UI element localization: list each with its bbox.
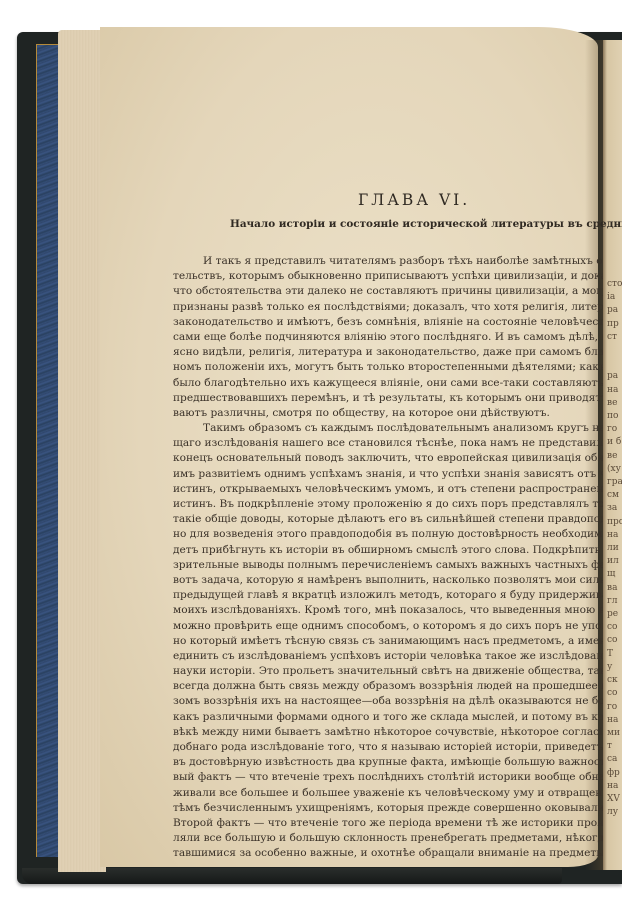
text-line: зомъ воззрѣнія ихъ на настоящее—оба возз…: [173, 694, 603, 709]
text-line: номъ положеніи ихъ, могутъ быть только в…: [173, 360, 603, 375]
text-line: единить съ изслѣдованіемъ успѣховъ истор…: [173, 649, 603, 664]
text-line: истинъ, открываемыхъ человѣческимъ умомъ…: [173, 482, 603, 497]
text-line: живали все большее и большее уваженіе къ…: [173, 786, 603, 801]
text-line: ваютъ различны, смотря по обществу, на к…: [173, 406, 603, 421]
text-line: вый фактъ — что втеченіе трехъ послѣдних…: [173, 770, 603, 785]
text-line: ляли все большую и большую склонность пр…: [173, 831, 603, 846]
text-line: предшествовавшихъ перемѣнъ, и тѣ результ…: [173, 391, 603, 406]
text-line: вотъ задача, которую я намѣренъ выполнит…: [173, 573, 603, 588]
text-line: законодательство и имѣютъ, безъ сомнѣнія…: [173, 315, 603, 330]
text-line: въ достовѣрную извѣстность два крупные ф…: [173, 755, 603, 770]
text-line: какъ различными формами одного и того же…: [173, 710, 603, 725]
page-edges-stack: [58, 30, 106, 872]
chapter-subtitle: Начало исторіи и состояніе исторической …: [230, 218, 622, 230]
text-line: можно провѣрить еще однимъ способомъ, о …: [173, 619, 603, 634]
text-line: имъ развитіемъ однимъ успѣхамъ знанія, и…: [173, 467, 603, 482]
text-line: истинъ. Въ подкрѣпленіе этому проложенію…: [173, 497, 603, 512]
text-line: такіе общіе доводы, которые дѣлаютъ его …: [173, 512, 603, 527]
chapter-title: ГЛАВА VI.: [358, 191, 470, 209]
text-line: науки исторіи. Это прольетъ значительный…: [173, 664, 603, 679]
text-line: добнаго рода изслѣдованіе того, что я на…: [173, 740, 603, 755]
facing-page-text-fragment: сто іа ра пр ст ра на ве по го и б ве (х…: [603, 40, 622, 819]
text-line: зрительные выводы полнымъ перечисленіемъ…: [173, 558, 603, 573]
text-line: тельствъ, которымъ обыкновенно приписыва…: [173, 269, 603, 284]
text-line: конецъ основательный поводъ заключить, ч…: [173, 451, 603, 466]
text-line: тѣмъ безчисленнымъ ухищреніямъ, которыя …: [173, 801, 603, 816]
text-line: моихъ изслѣдованіяхъ. Кромѣ того, мнѣ по…: [173, 603, 603, 618]
text-line: тавшимися за особенно важные, и охотнѣе …: [173, 846, 603, 861]
facing-page-edge: сто іа ра пр ст ра на ве по го и б ве (х…: [603, 40, 622, 870]
text-line: но который имѣетъ тѣсную связь съ занима…: [173, 634, 603, 649]
text-line: Такимъ образомъ съ каждымъ послѣдователь…: [173, 421, 603, 436]
text-line: что обстоятельства эти далеко не составл…: [173, 284, 603, 299]
text-line: И такъ я представилъ читателямъ разборъ …: [173, 254, 603, 269]
text-line: признаны развѣ только ея послѣдствіями; …: [173, 300, 603, 315]
text-line: Второй фактъ — что втеченіе того же пері…: [173, 816, 603, 831]
text-line: детъ прибѣгнуть къ исторіи въ обширномъ …: [173, 543, 603, 558]
text-line: щаго изслѣдованія нашего все становился …: [173, 436, 603, 451]
text-line: но для возведенія этого правдоподобія въ…: [173, 527, 603, 542]
text-line: сами еще болѣе подчиняются вліянію этого…: [173, 330, 603, 345]
book-spine-cloth: [36, 44, 59, 857]
text-line: было благодѣтельно ихъ кажущееся вліяніе…: [173, 376, 603, 391]
text-line: вѣкѣ между ними бываетъ замѣтно нѣкоторо…: [173, 725, 603, 740]
text-line: всегда должна быть связь между образомъ …: [173, 679, 603, 694]
text-line: предыдущей главѣ я вкратцѣ изложилъ мето…: [173, 588, 603, 603]
text-line: ясно видѣли, религія, литература и закон…: [173, 345, 603, 360]
chapter-body-text: И такъ я представилъ читателямъ разборъ …: [173, 254, 603, 862]
